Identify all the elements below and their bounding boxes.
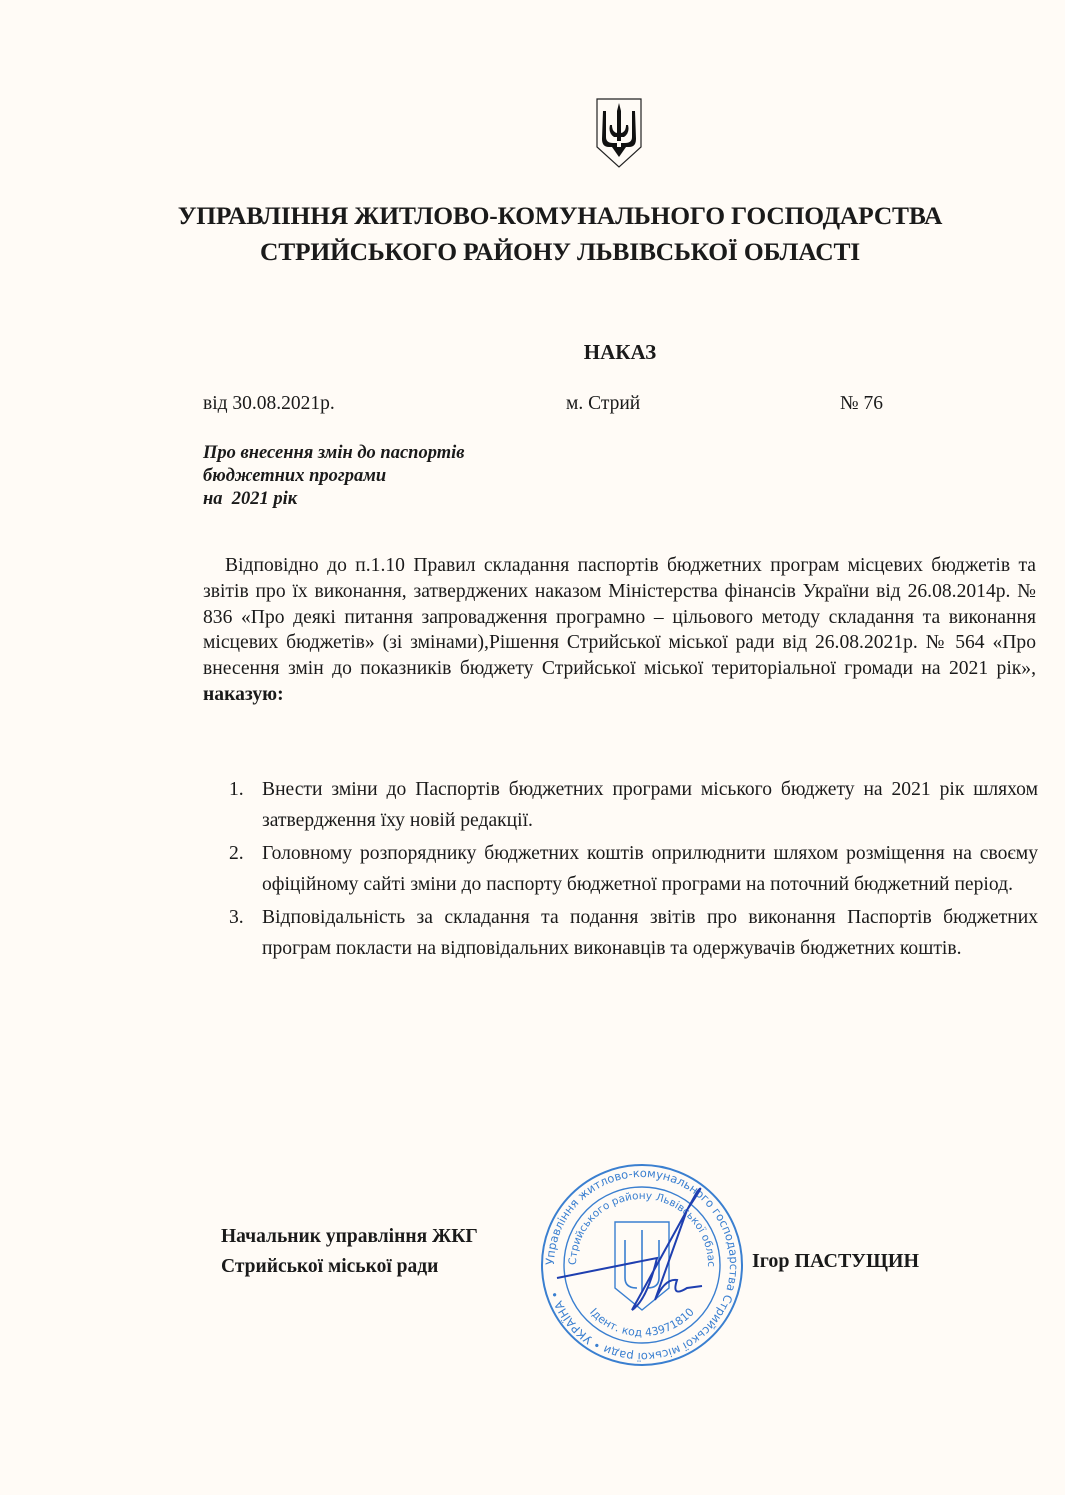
signatory-position: Начальник управління ЖКГ Стрийської місь… (221, 1222, 478, 1282)
preamble-paragraph: Відповідно до п.1.10 Правил складання па… (203, 553, 1036, 708)
subject-line-1: Про внесення змін до паспортів (203, 442, 465, 465)
organization-header: УПРАВЛІННЯ ЖИТЛОВО-КОМУНАЛЬНОГО ГОСПОДАР… (0, 198, 1065, 270)
official-stamp: Управління житлово-комунального господар… (537, 1160, 747, 1370)
item-text: Внести зміни до Паспортів бюджетних прог… (262, 779, 1038, 831)
document-subject: Про внесення змін до паспортів бюджетних… (203, 442, 465, 511)
subject-line-2: бюджетних програми (203, 465, 465, 488)
list-item: 2. Головному розпоряднику бюджетних кошт… (226, 839, 1038, 900)
trident-icon (594, 97, 644, 169)
org-line-1: УПРАВЛІННЯ ЖИТЛОВО-КОМУНАЛЬНОГО ГОСПОДАР… (55, 198, 1065, 234)
document-date: від 30.08.2021р. (203, 393, 335, 415)
document-city: м. Стрий (566, 393, 640, 415)
item-number: 3. (229, 903, 244, 934)
position-line-2: Стрийської міської ради (221, 1252, 478, 1282)
position-line-1: Начальник управління ЖКГ (221, 1222, 478, 1252)
preamble-text: Відповідно до п.1.10 Правил складання па… (203, 555, 1036, 679)
order-items-list: 1. Внести зміни до Паспортів бюджетних п… (226, 775, 1038, 967)
signatory-name: Ігор ПАСТУЩИН (752, 1250, 919, 1273)
item-text: Відповідальність за складання та подання… (262, 907, 1038, 959)
subject-line-3: на 2021 рік (203, 488, 465, 511)
item-number: 1. (229, 775, 244, 806)
item-number: 2. (229, 839, 244, 870)
document-number: № 76 (840, 393, 883, 415)
document-title: НАКАЗ (0, 340, 1065, 365)
org-line-2: СТРИЙСЬКОГО РАЙОНУ ЛЬВІВСЬКОЇ ОБЛАСТІ (55, 234, 1065, 270)
list-item: 1. Внести зміни до Паспортів бюджетних п… (226, 775, 1038, 836)
item-text: Головному розпоряднику бюджетних коштів … (262, 843, 1038, 895)
list-item: 3. Відповідальність за складання та пода… (226, 903, 1038, 964)
preamble-bold: наказую: (203, 684, 284, 705)
